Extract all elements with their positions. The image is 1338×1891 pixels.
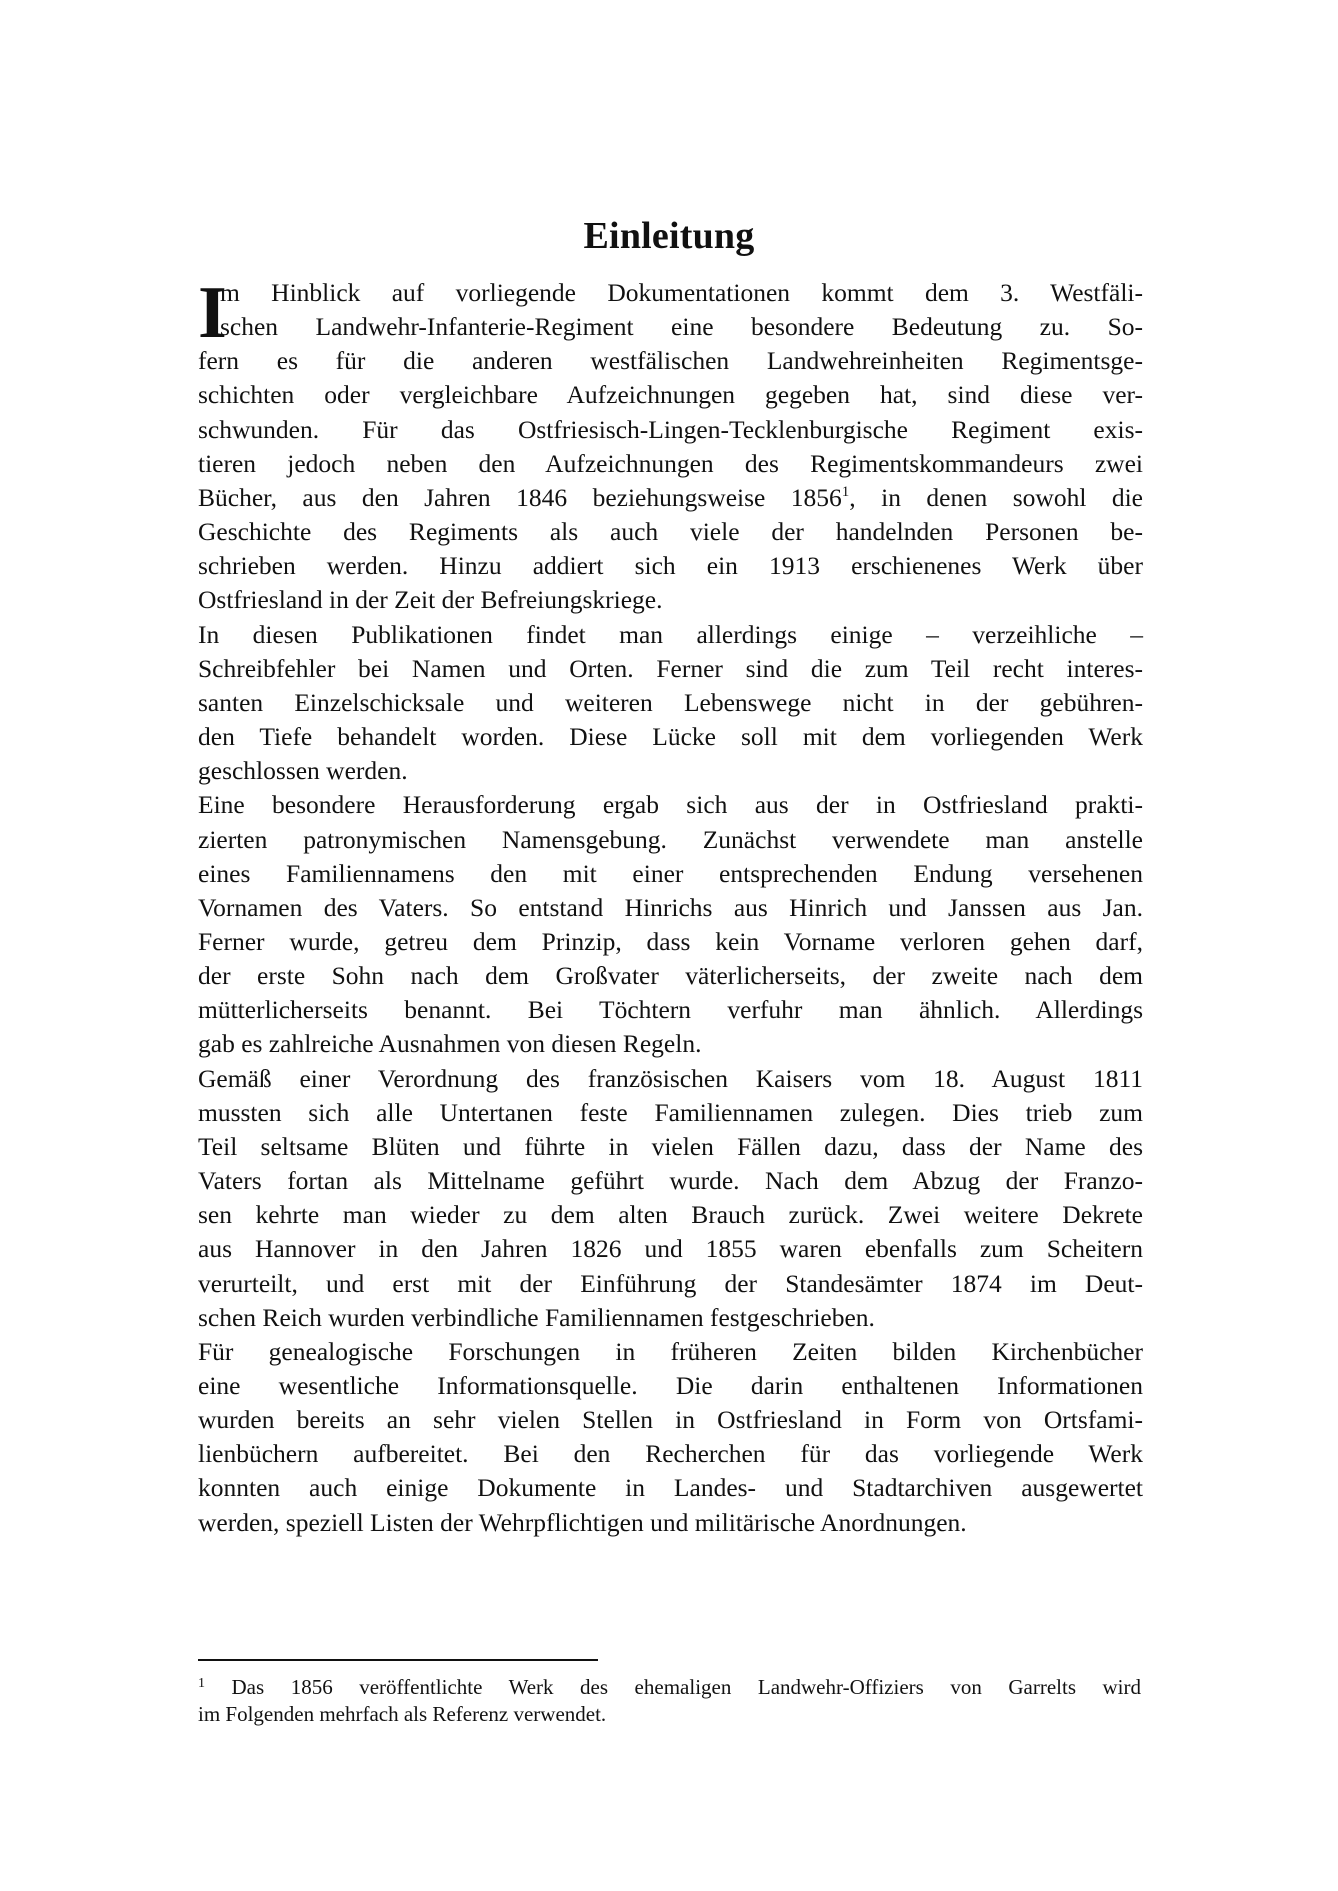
document-page: Einleitung I m Hinblick auf vorliegende … — [0, 0, 1338, 1891]
text-line: verurteilt, und erst mit der Einführung … — [198, 1267, 1143, 1301]
text-line-with-footnote: Bücher, aus den Jahren 1846 beziehungswe… — [198, 481, 1143, 515]
text-line: werden, speziell Listen der Wehrpflichti… — [198, 1506, 1143, 1540]
text-line: Schreibfehler bei Namen und Orten. Ferne… — [198, 652, 1143, 686]
text-line: mussten sich alle Untertanen feste Famil… — [198, 1096, 1143, 1130]
text-line: schrieben werden. Hinzu addiert sich ein… — [198, 549, 1143, 583]
text-line: aus Hannover in den Jahren 1826 und 1855… — [198, 1232, 1143, 1266]
text-line: fern es für die anderen westfälischen La… — [198, 344, 1143, 378]
paragraph-3: Eine besondere Herausforderung ergab sic… — [198, 788, 1143, 1061]
text-line: Geschichte des Regiments als auch viele … — [198, 515, 1143, 549]
footnote-number: 1 — [198, 1676, 205, 1691]
text-line: mütterlicherseits benannt. Bei Töchtern … — [198, 993, 1143, 1027]
text-line: schwunden. Für das Ostfriesisch-Lingen-T… — [198, 413, 1143, 447]
text-line: eines Familiennamens den mit einer entsp… — [198, 857, 1143, 891]
text-line: Teil seltsame Blüten und führte in viele… — [198, 1130, 1143, 1164]
text-line: schen Landwehr-Infanterie-Regiment eine … — [198, 310, 1143, 344]
text-line: eine wesentliche Informationsquelle. Die… — [198, 1369, 1143, 1403]
text-line: santen Einzelschicksale und weiteren Leb… — [198, 686, 1143, 720]
text-line: In diesen Publikationen findet man aller… — [198, 618, 1143, 652]
footnote-separator — [198, 1659, 598, 1661]
text-line: lienbüchern aufbereitet. Bei den Recherc… — [198, 1437, 1143, 1471]
text-line: konnten auch einige Dokumente in Landes-… — [198, 1471, 1143, 1505]
paragraph-5: Für genealogische Forschungen in frühere… — [198, 1335, 1143, 1540]
text-line: Ostfriesland in der Zeit der Befreiungsk… — [198, 583, 1143, 617]
footnote-line: im Folgenden mehrfach als Referenz verwe… — [198, 1701, 1141, 1728]
footnote-text: Das 1856 veröffentlichte Werk des ehemal… — [205, 1675, 1141, 1699]
text-line: zierten patronymischen Namensgebung. Zun… — [198, 823, 1143, 857]
text-line: schichten oder vergleichbare Aufzeichnun… — [198, 378, 1143, 412]
drop-cap: I — [198, 282, 227, 344]
text-line: der erste Sohn nach dem Großvater väterl… — [198, 959, 1143, 993]
paragraph-1: m Hinblick auf vorliegende Dokumentation… — [198, 276, 1143, 618]
text-line: den Tiefe behandelt worden. Diese Lücke … — [198, 720, 1143, 754]
text-line: gab es zahlreiche Ausnahmen von diesen R… — [198, 1027, 1143, 1061]
paragraph-4: Gemäß einer Verordnung des französischen… — [198, 1062, 1143, 1335]
body-text: I m Hinblick auf vorliegende Dokumentati… — [198, 276, 1143, 1540]
footnote: 1 Das 1856 veröffentlichte Werk des ehem… — [198, 1674, 1141, 1728]
text-line: Vaters fortan als Mittelname geführt wur… — [198, 1164, 1143, 1198]
text-segment: Bücher, aus den Jahren 1846 beziehungswe… — [198, 483, 842, 512]
text-line: Vornamen des Vaters. So entstand Hinrich… — [198, 891, 1143, 925]
text-line: geschlossen werden. — [198, 754, 1143, 788]
text-line: Gemäß einer Verordnung des französischen… — [198, 1062, 1143, 1096]
text-line: Für genealogische Forschungen in frühere… — [198, 1335, 1143, 1369]
text-line: Ferner wurde, getreu dem Prinzip, dass k… — [198, 925, 1143, 959]
text-segment: , in denen sowohl die — [849, 483, 1143, 512]
text-line: sen kehrte man wieder zu dem alten Brauc… — [198, 1198, 1143, 1232]
text-line: wurden bereits an sehr vielen Stellen in… — [198, 1403, 1143, 1437]
page-title: Einleitung — [0, 212, 1338, 260]
text-line: schen Reich wurden verbindliche Familien… — [198, 1301, 1143, 1335]
text-line: m Hinblick auf vorliegende Dokumentation… — [198, 276, 1143, 310]
paragraph-2: In diesen Publikationen findet man aller… — [198, 618, 1143, 789]
text-line: tieren jedoch neben den Aufzeichnungen d… — [198, 447, 1143, 481]
text-line: Eine besondere Herausforderung ergab sic… — [198, 788, 1143, 822]
footnote-line: 1 Das 1856 veröffentlichte Werk des ehem… — [198, 1674, 1141, 1701]
